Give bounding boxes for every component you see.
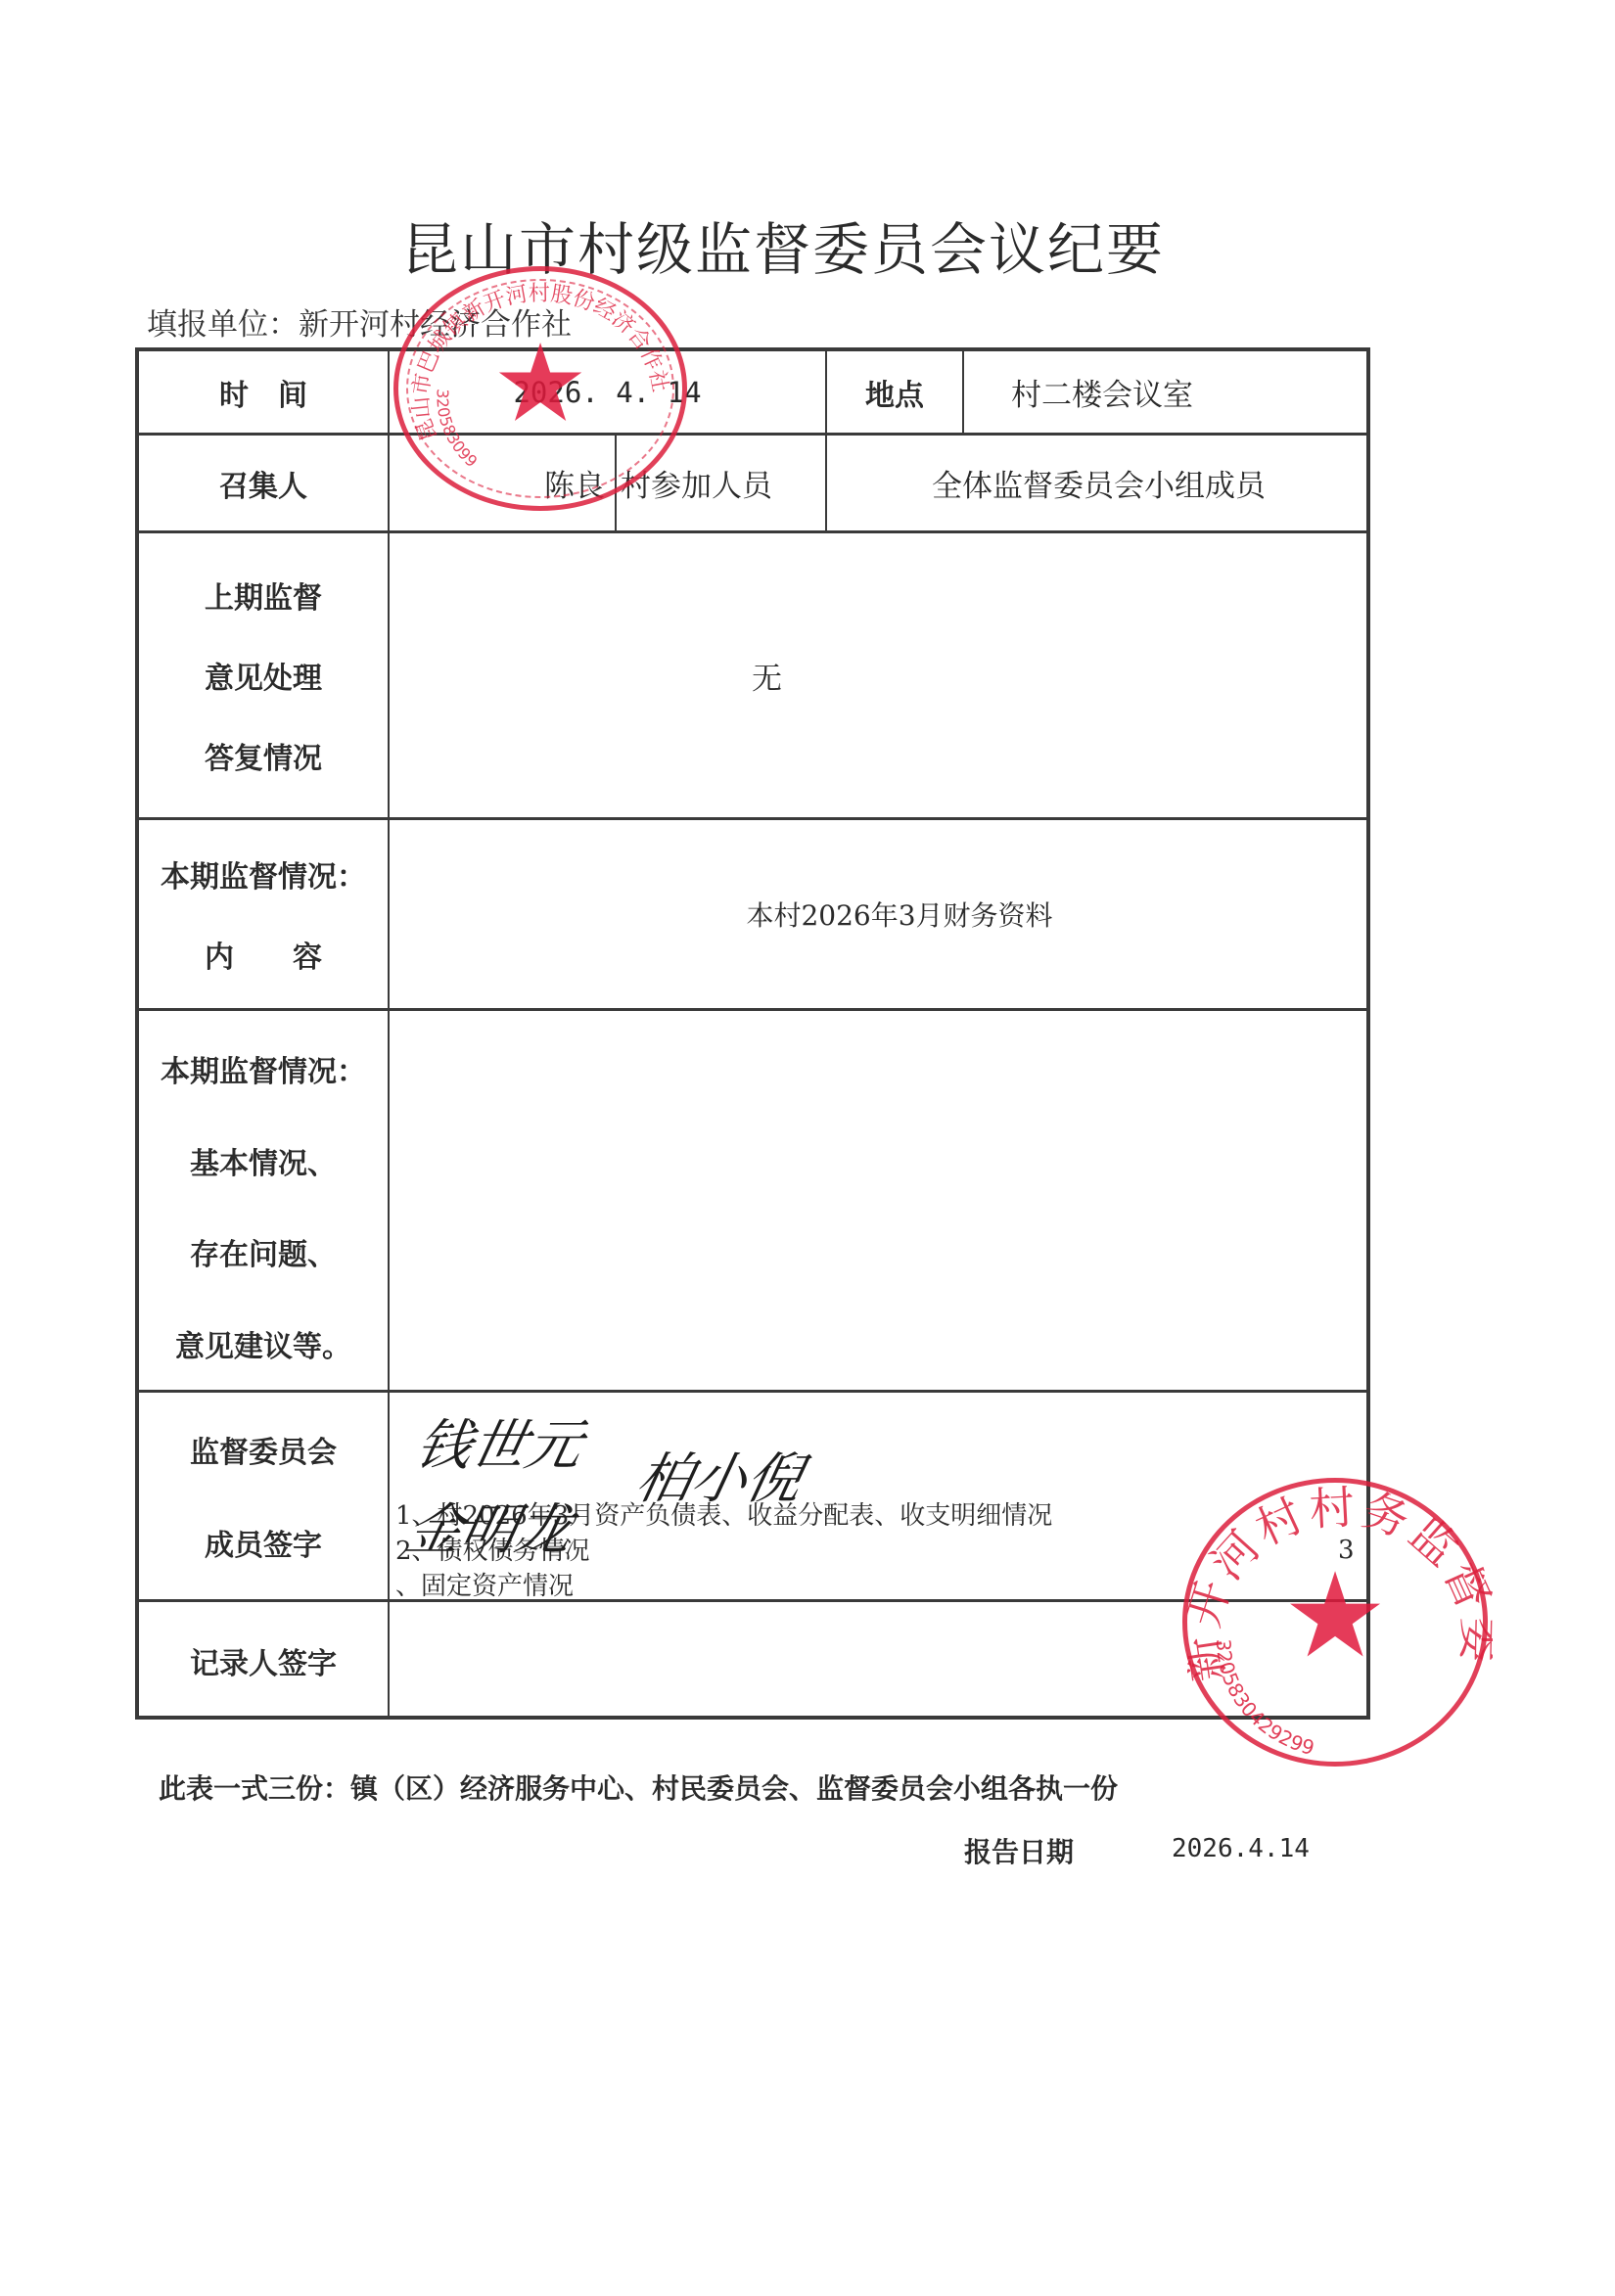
label-line: 存在问题、 [190,1230,337,1273]
current-content-value: 本村2026年3月财务资料 [390,820,1370,1008]
details-side-number: 3 [1338,1533,1355,1568]
label-line: 本期监督情况： [161,852,366,895]
recorder-signature-label: 记录人签字 [139,1602,388,1720]
previous-feedback-value: 无 [390,533,1370,817]
member-signature: 金明龙 [399,1487,580,1565]
convener-label: 召集人 [139,436,388,530]
members-signature-label: 监督委员会 成员签字 [139,1393,388,1599]
recorder-signature-value [390,1602,1370,1720]
label-line: 内 容 [205,933,322,976]
location-label: 地点 [827,351,962,433]
minutes-table: 时 间 2026. 4. 14 地点 村二楼会议室 召集人 陈良 村参加人员 全… [135,347,1370,1720]
location-value: 村二楼会议室 [964,351,1370,433]
label-line: 监督委员会 [190,1428,337,1471]
label-line: 答复情况 [205,734,322,777]
time-label: 时 间 [139,351,388,433]
convener-value: 陈良 [390,436,615,530]
member-signature: 柏小倪 [629,1436,810,1514]
report-date-label: 报告日期 [964,1831,1074,1870]
current-details-label: 本期监督情况： 基本情况、 存在问题、 意见建议等。 [139,1011,388,1390]
time-value: 2026. 4. 14 [390,351,825,433]
label-line: 意见建议等。 [175,1322,351,1365]
distribution-note: 此表一式三份：镇（区）经济服务中心、村民委员会、监督委员会小组各执一份 [159,1768,1118,1807]
label-line: 本期监督情况： [161,1047,366,1090]
label-line: 基本情况、 [190,1139,337,1182]
report-date-value: 2026.4.14 [1172,1834,1310,1863]
label-line: 成员签字 [205,1521,322,1564]
previous-feedback-label: 上期监督 意见处理 答复情况 [139,533,388,817]
label-line: 意见处理 [205,654,322,697]
document-title: 昆山市村级监督委员会议纪要 [401,204,1165,286]
current-content-label: 本期监督情况： 内 容 [139,820,388,1008]
detail-item: 、固定资产情况 [395,1569,1052,1604]
member-signature: 钱世元 [409,1402,590,1481]
label-line: 上期监督 [205,574,322,617]
participants-value: 全体监督委员会小组成员 [827,436,1370,530]
filing-unit: 填报单位：新开河村经济合作社 [147,299,572,344]
participants-label: 村参加人员 [617,436,825,530]
